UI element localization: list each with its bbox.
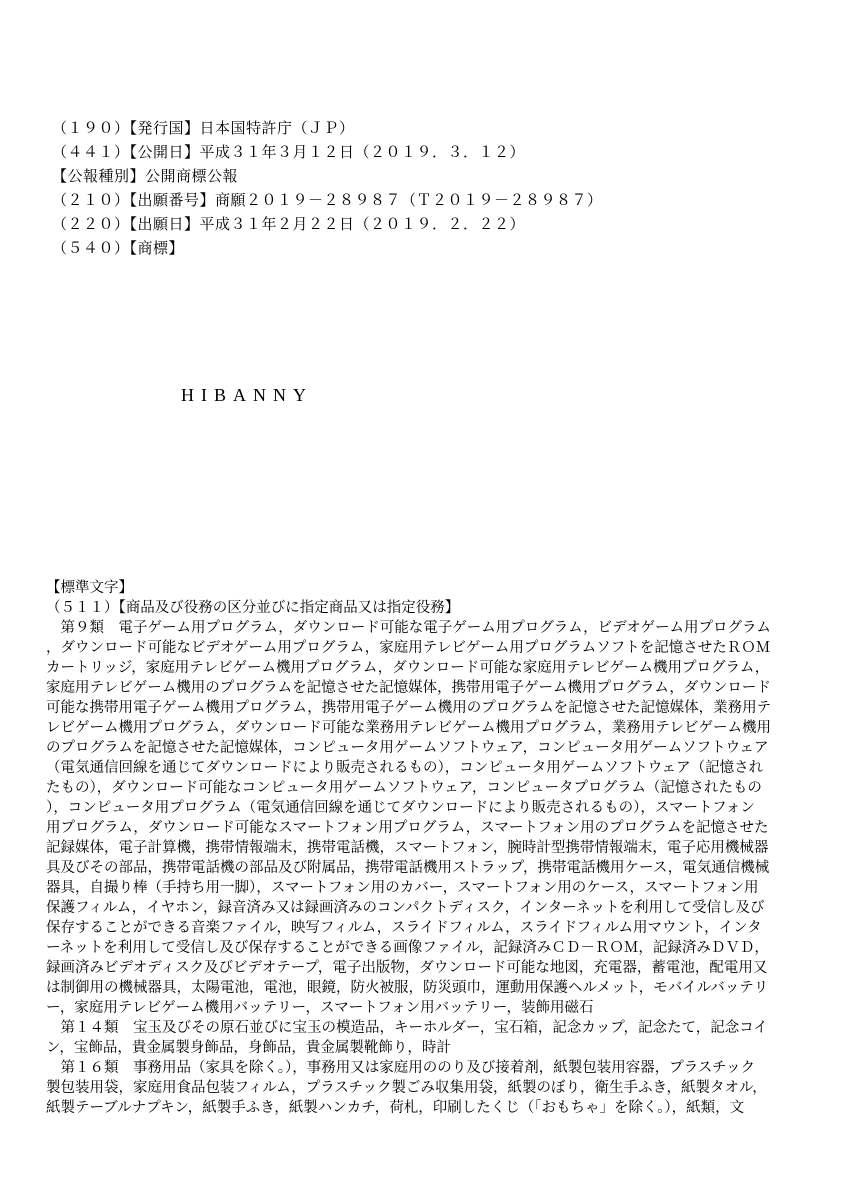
header-line: （１９０）【発行国】日本国特許庁（ＪＰ） [52, 117, 603, 141]
body-line: カートリッジ，家庭用テレビゲーム機用プログラム，ダウンロード可能な家庭用テレビゲ… [46, 658, 771, 678]
trademark-text: HIBANNY [181, 385, 313, 406]
header-line: 【公報種別】公開商標公報 [52, 165, 603, 189]
body-line: のプログラムを記憶させた記憶媒体，コンピュータ用ゲームソフトウェア，コンピュータ… [46, 738, 771, 758]
body-line: 可能な携帯用電子ゲーム機用プログラム，携帯用電子ゲーム機用のプログラムを記憶させ… [46, 698, 771, 718]
body-line: （電気通信回線を通じてダウンロードにより販売されるもの），コンピュータ用ゲームソ… [46, 758, 771, 778]
body-line: ーネットを利用して受信し及び保存することができる画像ファイル，記録済みＣＤ－ＲＯ… [46, 938, 771, 958]
body-line: ン，宝飾品，貴金属製身飾品，身飾品，貴金属製靴飾り，時計 [46, 1038, 771, 1058]
body-line: 録画済みビデオディスク及びビデオテープ，電子出版物，ダウンロード可能な地図，充電… [46, 958, 771, 978]
body-line: 紙製テーブルナプキン，紙製手ふき，紙製ハンカチ，荷札，印刷したくじ（「おもちゃ」… [46, 1098, 771, 1118]
body-line: ー，家庭用テレビゲーム機用バッテリー，スマートフォン用バッテリー，装飾用磁石 [46, 998, 771, 1018]
body-line: （５１１）【商品及び役務の区分並びに指定商品又は指定役務】 [46, 598, 771, 618]
body-line: 第１６類 事務用品（家具を除く。），事務用又は家庭用ののり及び接着剤，紙製包装用… [46, 1058, 771, 1078]
body-line: 記録媒体，電子計算機，携帯情報端末，携帯電話機，スマートフォン，腕時計型携帯情報… [46, 838, 771, 858]
header-line: （４４１）【公開日】平成３１年３月１２日（２０１９．３．１２） [52, 141, 603, 165]
body-line: ），コンピュータ用プログラム（電気通信回線を通じてダウンロードにより販売されるも… [46, 798, 771, 818]
header-line: （２２０）【出願日】平成３１年２月２２日（２０１９．２．２２） [52, 213, 603, 237]
body-line: 具及びその部品，携帯電話機の部品及び附属品，携帯電話機用ストラップ，携帯電話機用… [46, 858, 771, 878]
body-line: 第９類 電子ゲーム用プログラム，ダウンロード可能な電子ゲーム用プログラム，ビデオ… [46, 618, 771, 638]
body-line: レビゲーム機用プログラム，ダウンロード可能な業務用テレビゲーム機用プログラム，業… [46, 718, 771, 738]
body-line: 器具，自撮り棒（手持ち用一脚），スマートフォン用のカバー，スマートフォン用のケー… [46, 878, 771, 898]
body-line: 製包装用袋，家庭用食品包装フィルム，プラスチック製ごみ収集用袋，紙製のぼり，衛生… [46, 1078, 771, 1098]
body-line: ，ダウンロード可能なビデオゲーム用プログラム，家庭用テレビゲーム用プログラムソフ… [46, 638, 771, 658]
header-line: （２１０）【出願番号】商願２０１９－２８９８７（Ｔ２０１９－２８９８７） [52, 189, 603, 213]
bibliographic-header: （１９０）【発行国】日本国特許庁（ＪＰ）（４４１）【公開日】平成３１年３月１２日… [52, 117, 603, 261]
body-line: 保存することができる音楽ファイル，映写フィルム，スライドフィルム，スライドフィル… [46, 918, 771, 938]
header-line: （５４０）【商標】 [52, 237, 603, 261]
body-line: 家庭用テレビゲーム機用のプログラムを記憶させた記憶媒体，携帯用電子ゲーム機用プロ… [46, 678, 771, 698]
body-line: は制御用の機械器具，太陽電池，電池，眼鏡，防火被服，防災頭巾，運動用保護ヘルメッ… [46, 978, 771, 998]
body-line: 【標準文字】 [46, 578, 771, 598]
body-line: たもの），ダウンロード可能なコンピュータ用ゲームソフトウェア，コンピュータプログ… [46, 778, 771, 798]
body-line: 保護フィルム，イヤホン，録音済み又は録画済みのコンパクトディスク，インターネット… [46, 898, 771, 918]
body-line: 用プログラム，ダウンロード可能なスマートフォン用プログラム，スマートフォン用のプ… [46, 818, 771, 838]
body-line: 第１４類 宝玉及びその原石並びに宝玉の模造品，キーホルダー，宝石箱，記念カップ，… [46, 1018, 771, 1038]
goods-services-body: 【標準文字】（５１１）【商品及び役務の区分並びに指定商品又は指定役務】 第９類 … [46, 578, 771, 1118]
gazette-page: （１９０）【発行国】日本国特許庁（ＪＰ）（４４１）【公開日】平成３１年３月１２日… [0, 0, 848, 1200]
